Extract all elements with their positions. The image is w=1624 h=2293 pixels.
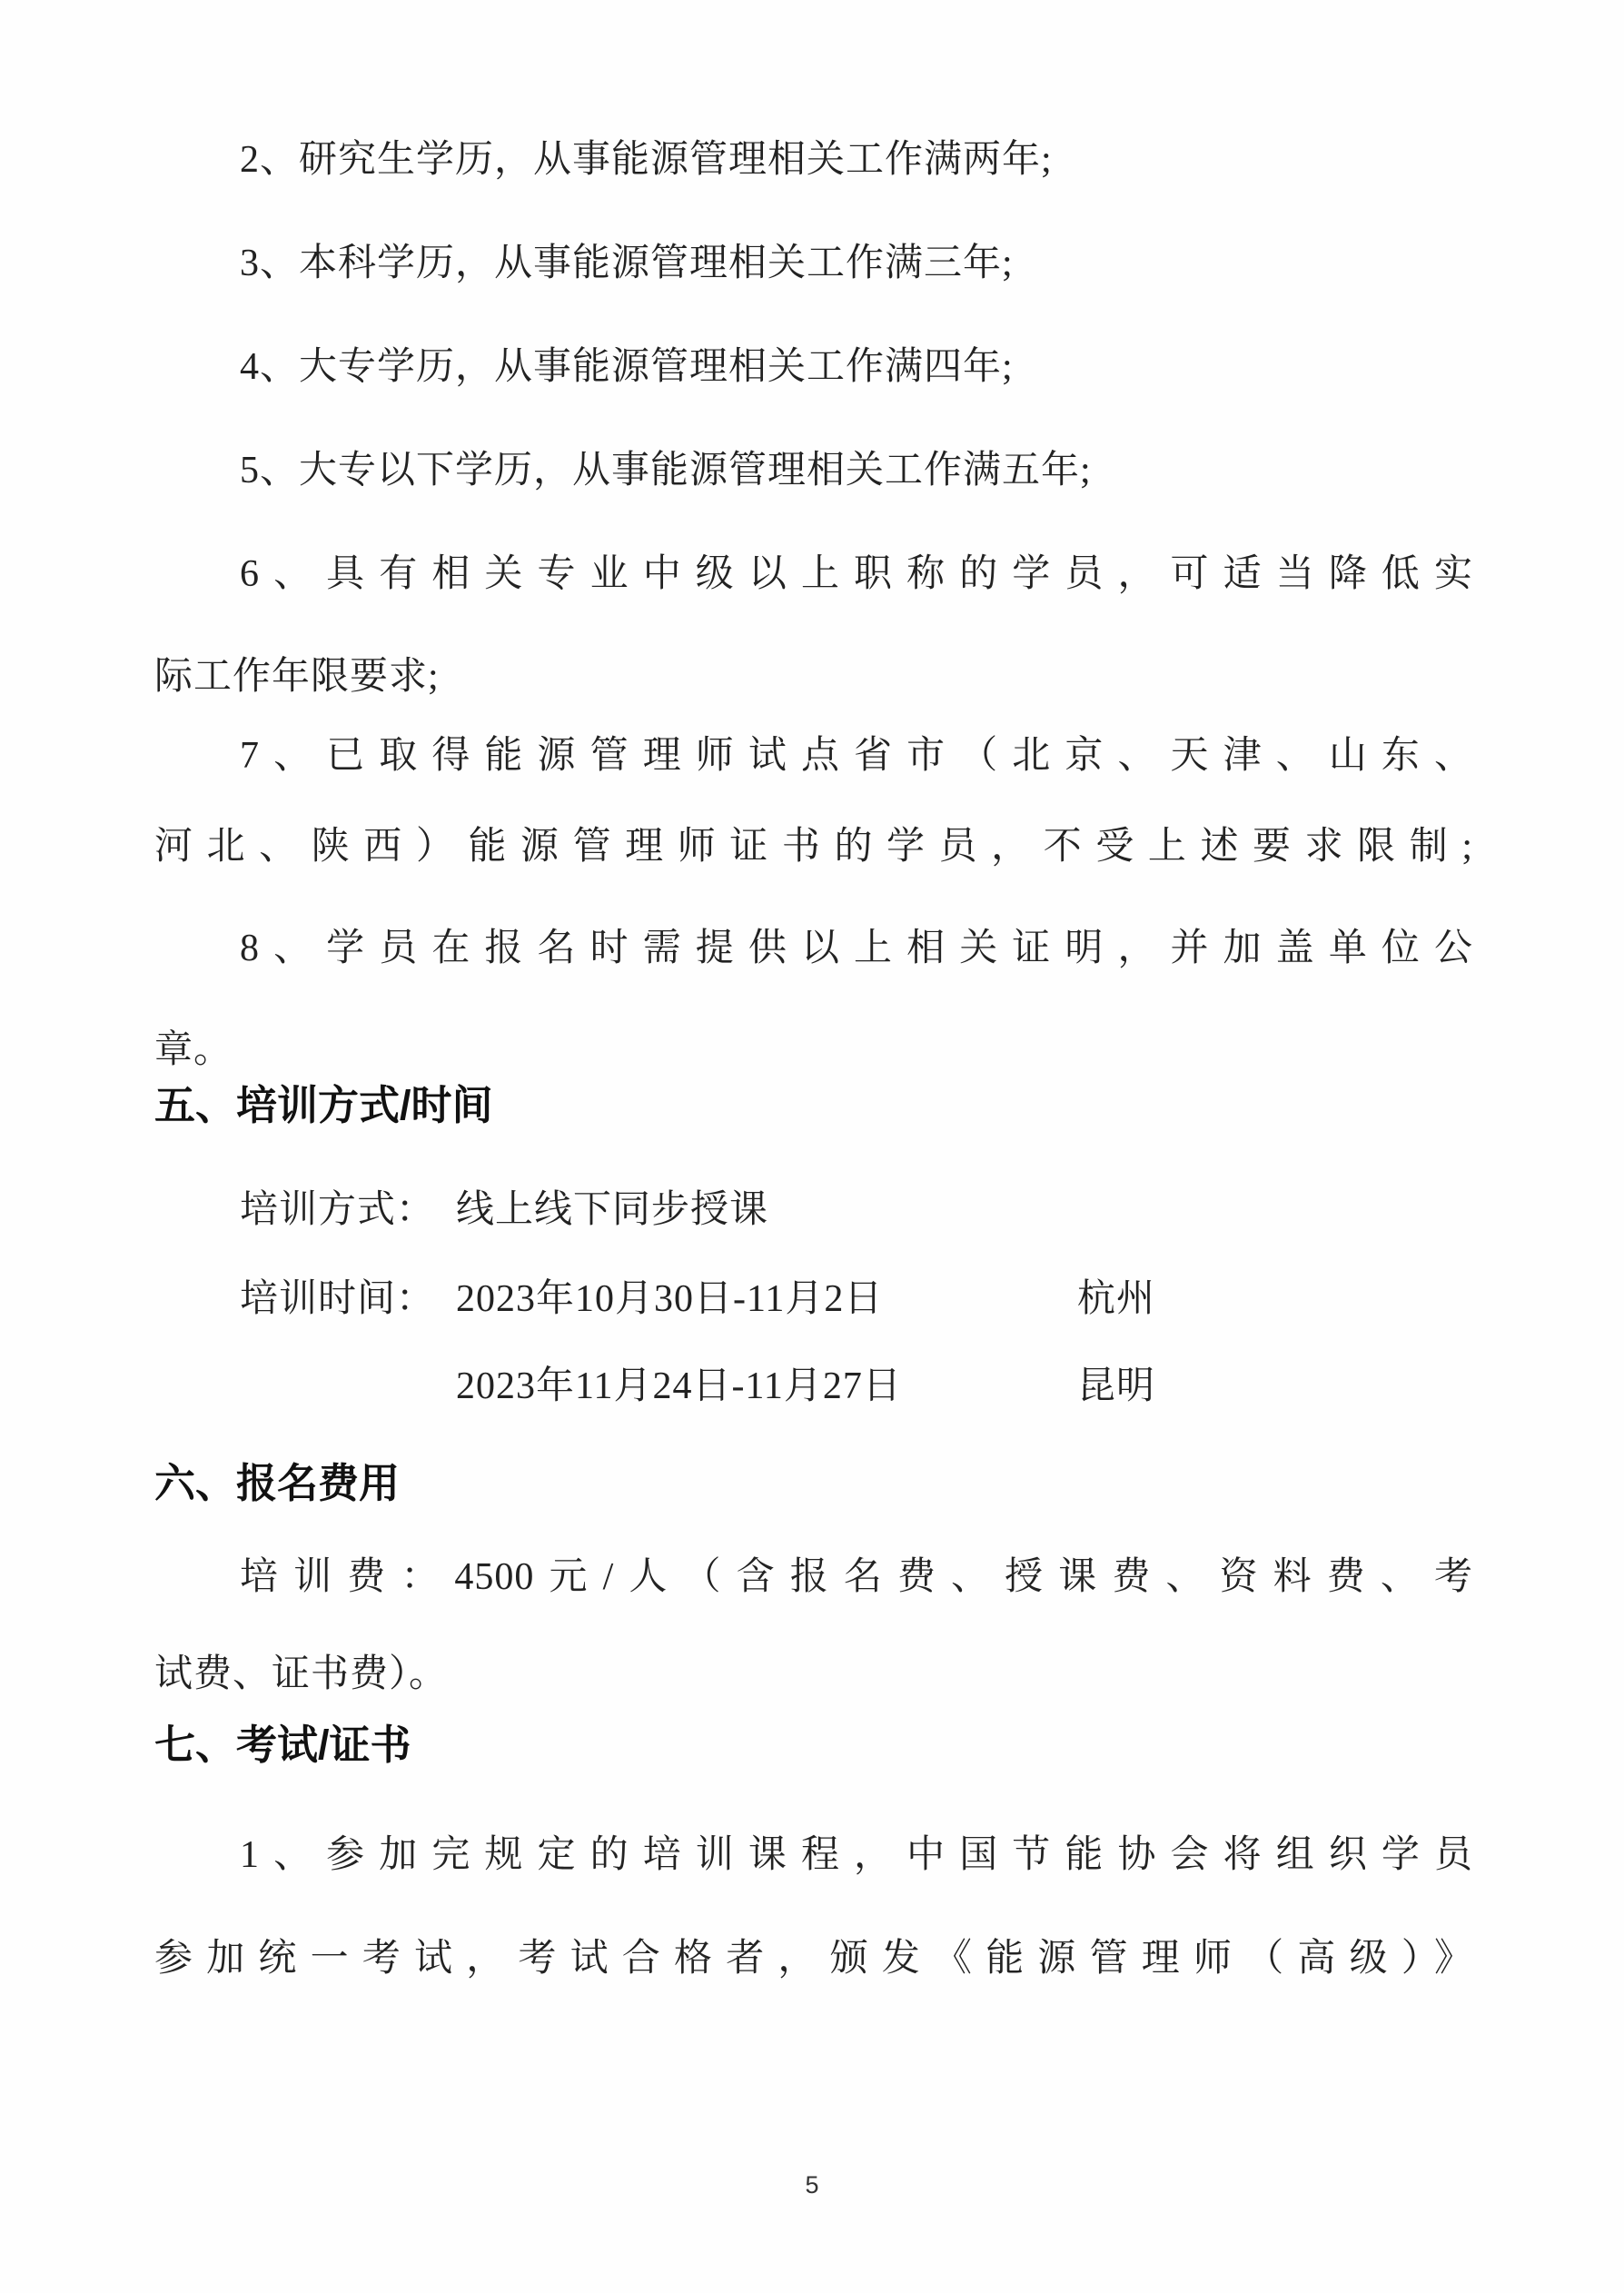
training-time-row-2: 2023年11月24日-11月27日 昆明 [240,1355,1155,1410]
training-session-2-city: 昆明 [1077,1355,1155,1410]
eligibility-item-8-line-2: 章。 [154,1027,1473,1075]
document-page: 2、研究生学历，从事能源管理相关工作满两年; 3、本科学历，从事能源管理相关工作… [0,0,1624,2293]
eligibility-item-7-line-1: 7、已取得能源管理师试点省市（北京、天津、山东、 [154,732,1473,780]
page-number: 5 [0,2171,1624,2199]
exam-line-2: 参加统一考试，考试合格者，颁发《能源管理师（高级）》 [154,1935,1473,1983]
eligibility-item-6-line-1: 6、具有相关专业中级以上职称的学员，可适当降低实 [154,551,1473,599]
fee-line-2: 试费、证书费）。 [154,1651,1473,1699]
training-session-2-date: 2023年11月24日-11月27日 [456,1355,1077,1410]
training-method-label: 培训方式： [240,1179,456,1234]
fee-line-1: 培训费：4500元/人（含报名费、授课费、资料费、考 [154,1553,1473,1602]
section-heading-training: 五、培训方式/时间 [154,1072,493,1131]
training-time-label: 培训时间： [240,1268,456,1323]
training-session-1-city: 杭州 [1077,1268,1155,1323]
eligibility-item-2: 2、研究生学历，从事能源管理相关工作满两年; [154,136,1473,184]
eligibility-item-7-line-2: 河北、陕西）能源管理师证书的学员，不受上述要求限制; [154,823,1473,871]
eligibility-item-6-line-2: 际工作年限要求; [154,653,1473,701]
training-session-1-date: 2023年10月30日-11月2日 [456,1268,1077,1323]
section-heading-exam: 七、考试/证书 [154,1712,411,1771]
training-method-value: 线上线下同步授课 [456,1179,768,1234]
eligibility-item-8-line-1: 8、学员在报名时需提供以上相关证明，并加盖单位公 [154,925,1473,973]
eligibility-item-3: 3、本科学历，从事能源管理相关工作满三年; [154,240,1473,288]
training-time-row-1: 培训时间： 2023年10月30日-11月2日 杭州 [240,1268,1155,1323]
exam-line-1: 1、参加完规定的培训课程，中国节能协会将组织学员 [154,1831,1473,1880]
section-heading-fee: 六、报名费用 [154,1450,400,1509]
training-method-row: 培训方式： 线上线下同步授课 [240,1179,768,1234]
eligibility-item-4: 4、大专学历，从事能源管理相关工作满四年; [154,343,1473,392]
eligibility-item-5: 5、大专以下学历，从事能源管理相关工作满五年; [154,447,1473,495]
